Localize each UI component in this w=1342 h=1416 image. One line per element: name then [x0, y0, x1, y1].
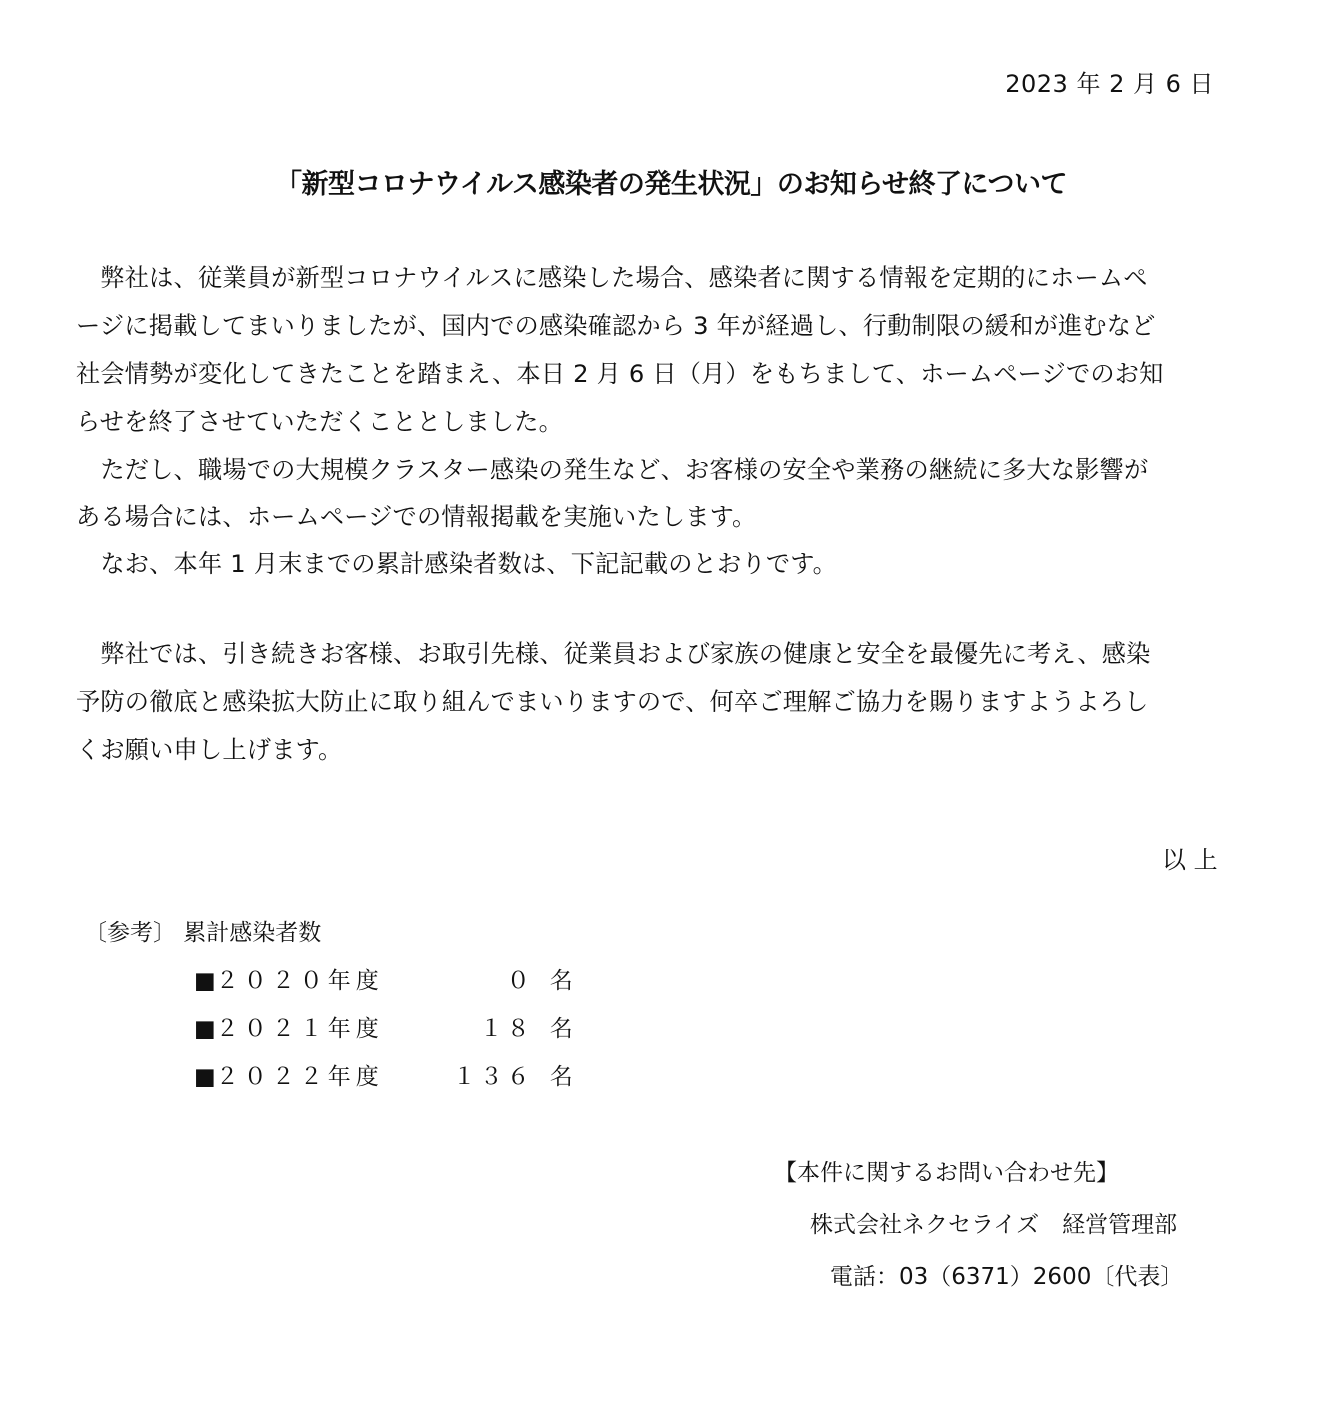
reference-count: ０ — [406, 962, 534, 995]
bullet-square-icon: ■ — [194, 968, 216, 994]
document-date: 2023 年 2 月 6 日 — [1005, 64, 1214, 99]
reference-row: ■２０２０年度０名 — [194, 962, 573, 995]
paragraph-line: ある場合には、ホームページでの情報掲載を実施いたします。 — [76, 497, 756, 532]
reference-year: ２０２１年度 — [216, 1010, 406, 1043]
paragraph-line: 弊社では、引き続きお客様、お取引先様、従業員および家族の健康と安全を最優先に考え… — [76, 634, 1151, 669]
reference-year: ２０２２年度 — [216, 1058, 406, 1091]
reference-year: ２０２０年度 — [216, 962, 406, 995]
paragraph-line: 弊社は、従業員が新型コロナウイルスに感染した場合、感染者に関する情報を定期的にホ… — [76, 258, 1148, 293]
reference-row: ■２０２２年度１３６名 — [194, 1058, 573, 1091]
reference-row: ■２０２１年度１８名 — [194, 1010, 573, 1043]
contact-heading: 【本件に関するお問い合わせ先】 — [774, 1154, 1119, 1187]
reference-count: １８ — [406, 1010, 534, 1043]
reference-unit: 名 — [550, 962, 573, 995]
reference-heading: 〔参考〕 累計感染者数 — [84, 914, 321, 947]
closing-mark: 以 上 — [1162, 840, 1218, 875]
paragraph-line: ただし、職場での大規模クラスター感染の発生など、お客様の安全や業務の継続に多大な… — [76, 450, 1148, 485]
paragraph-line: 予防の徹底と感染拡大防止に取り組んでまいりますので、何卒ご理解ご協力を賜りますよ… — [76, 682, 1149, 717]
document-title: 「新型コロナウイルス感染者の発生状況」のお知らせ終了について — [0, 162, 1342, 201]
paragraph-line: くお願い申し上げます。 — [76, 730, 342, 765]
paragraph-line: ージに掲載してまいりましたが、国内での感染確認から 3 年が経過し、行動制限の緩… — [76, 306, 1156, 341]
reference-count: １３６ — [406, 1058, 534, 1091]
bullet-square-icon: ■ — [194, 1064, 216, 1090]
paragraph-line: 社会情勢が変化してきたことを踏まえ、本日 2 月 6 日（月）をもちまして、ホー… — [76, 354, 1164, 389]
contact-phone: 電話：03（6371）2600〔代表〕 — [830, 1258, 1183, 1291]
paragraph-line: らせを終了させていただくこととしました。 — [76, 402, 563, 437]
reference-unit: 名 — [550, 1058, 573, 1091]
bullet-square-icon: ■ — [194, 1016, 216, 1042]
contact-department: 株式会社ネクセライズ 経営管理部 — [810, 1206, 1177, 1239]
paragraph-line: なお、本年 1 月末までの累計感染者数は、下記記載のとおりです。 — [76, 544, 837, 579]
reference-unit: 名 — [550, 1010, 573, 1043]
